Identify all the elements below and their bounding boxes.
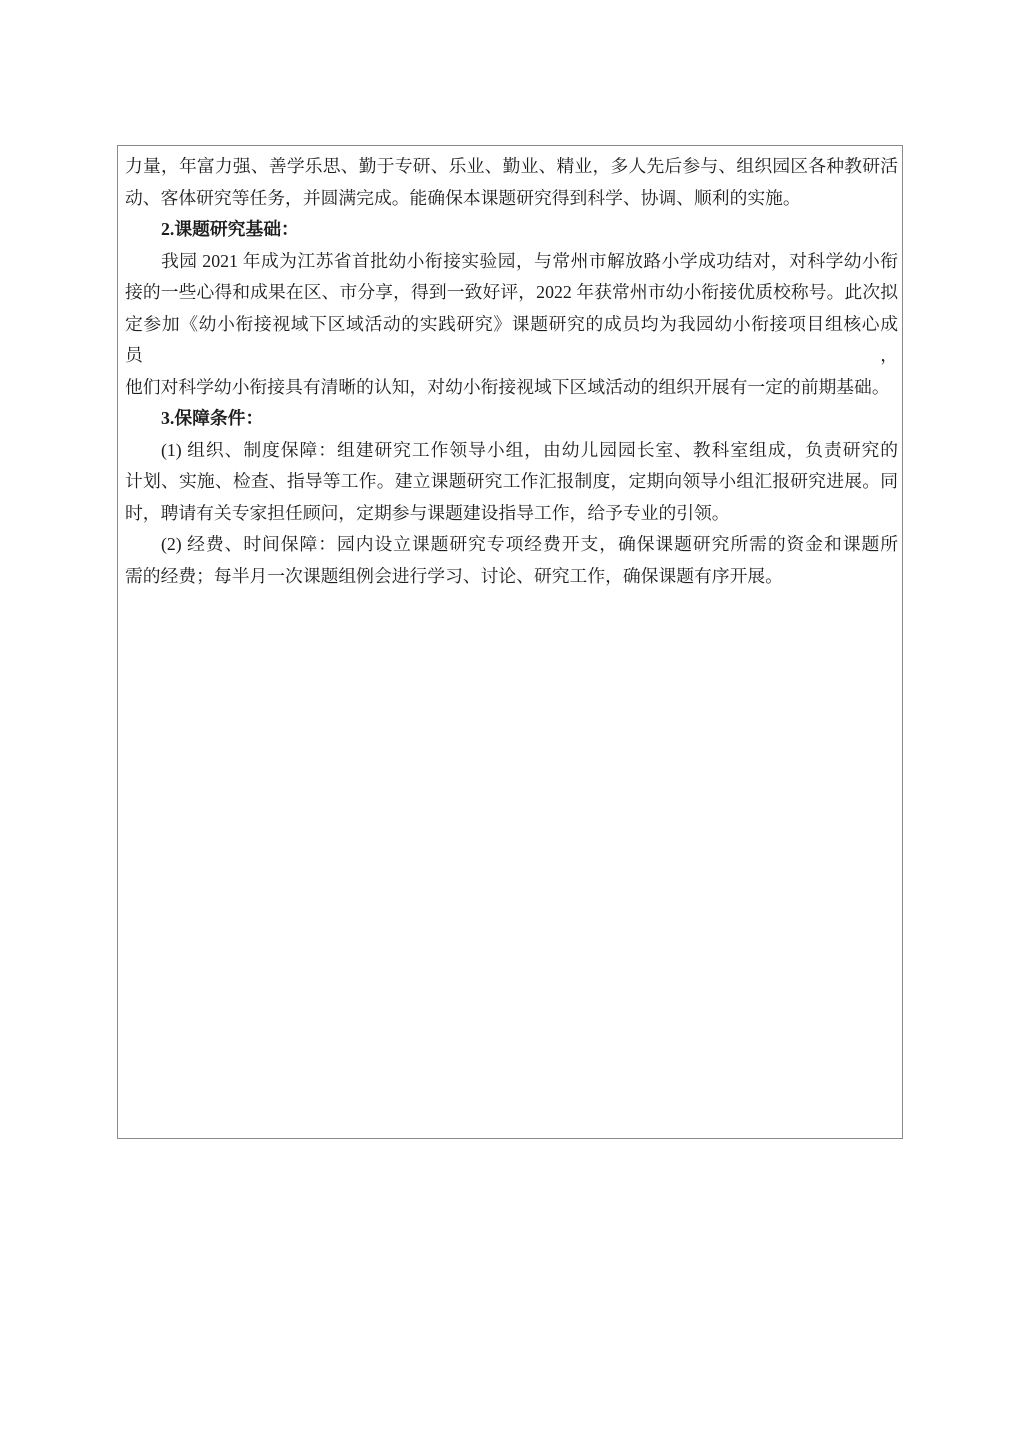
document-page: 力量，年富力强、善学乐思、勤于专研、乐业、勤业、精业，多人先后参与、组织园区各种… [0, 0, 1024, 1448]
section-heading-guarantee-conditions: 3.保障条件： [125, 403, 898, 435]
text-line: 动、客体研究等任务，并圆满完成。能确保本课题研究得到科学、协调、顺利的实施。 [125, 183, 898, 215]
text-line: 我园 2021 年成为江苏省首批幼小衔接实验园，与常州市解放路小学成功结对，对科… [125, 246, 898, 278]
document-table-cell: 力量，年富力强、善学乐思、勤于专研、乐业、勤业、精业，多人先后参与、组织园区各种… [117, 145, 903, 1139]
text-line: (2) 经费、时间保障：园内设立课题研究专项经费开支，确保课题研究所需的资金和课… [125, 529, 898, 561]
section-heading-research-basis: 2.课题研究基础： [125, 214, 898, 246]
text-line: 需的经费；每半月一次课题组例会进行学习、讨论、研究工作，确保课题有序开展。 [125, 561, 898, 593]
text-line: (1) 组织、制度保障：组建研究工作领导小组，由幼儿园园长室、教科室组成，负责研… [125, 435, 898, 467]
text-line: 定参加《幼小衔接视域下区域活动的实践研究》课题研究的成员均为我园幼小衔接项目组核… [125, 309, 898, 372]
text-line: 接的一些心得和成果在区、市分享，得到一致好评，2022 年获常州市幼小衔接优质校… [125, 277, 898, 309]
text-line: 时，聘请有关专家担任顾问，定期参与课题建设指导工作，给予专业的引领。 [125, 498, 898, 530]
text-line: 他们对科学幼小衔接具有清晰的认知，对幼小衔接视域下区域活动的组织开展有一定的前期… [125, 372, 898, 404]
text-line: 计划、实施、检查、指导等工作。建立课题研究工作汇报制度，定期向领导小组汇报研究进… [125, 466, 898, 498]
text-line: 力量，年富力强、善学乐思、勤于专研、乐业、勤业、精业，多人先后参与、组织园区各种… [125, 151, 898, 183]
